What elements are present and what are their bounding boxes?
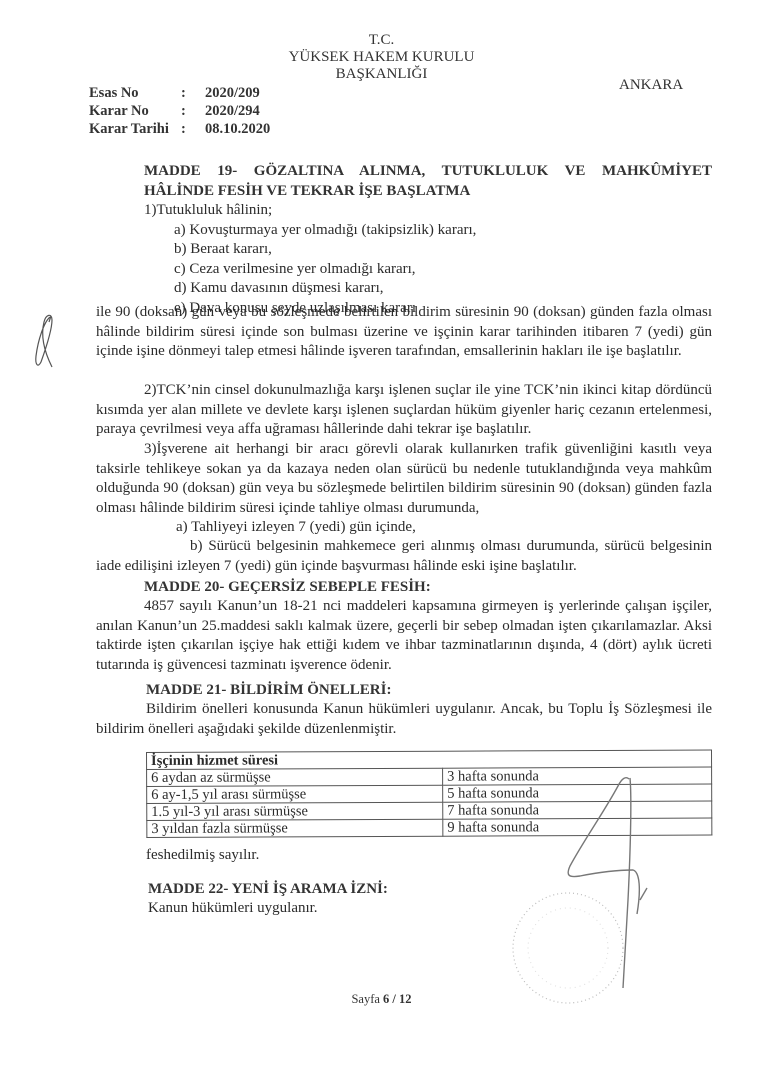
signatures-overlay: [0, 0, 763, 1080]
document-page: T.C. YÜKSEK HAKEM KURULU BAŞKANLIĞI ANKA…: [0, 0, 763, 1080]
signature-icon: [568, 778, 647, 988]
margin-initial-signature-icon: [36, 315, 52, 367]
stamp-icon: [513, 893, 623, 1003]
